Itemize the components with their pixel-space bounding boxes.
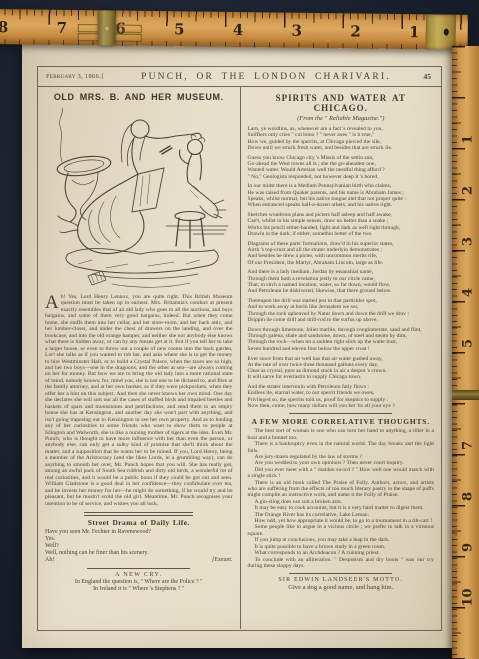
left-article-body: Ah! Yes, Lord Henry Lennox, you are quit… <box>45 294 233 507</box>
top-num: 3 <box>289 13 348 49</box>
brass-end-cap <box>426 14 456 49</box>
correlative-thoughts-list: The best sort of woman is one who can tu… <box>248 428 435 569</box>
side-num: 8 <box>461 489 476 505</box>
landseer-motto-title: SIR EDWIN LANDSEER'S MOTTO. <box>248 577 435 583</box>
top-num: 4 <box>231 12 290 48</box>
dialogue-line: Well, nothing can be finer than his scen… <box>45 550 233 557</box>
stanza: Guess you know Chicago city 's Missis of… <box>248 155 435 180</box>
stanza: Diagrams of these parts' formations, dra… <box>248 241 435 266</box>
ruler-maker-text: BOXWOOD <box>454 514 458 536</box>
dialogue-last-line: Ah! <box>45 557 54 564</box>
two-column-layout: OLD MRS. B. AND HER MUSEUM. <box>38 87 441 629</box>
publication-title: PUNCH, OR THE LONDON CHARIVARI. <box>141 72 391 82</box>
ruler-inch-numbers: 87654321 <box>0 9 466 50</box>
section-divider <box>289 413 392 414</box>
stanza-line: It will sarve for everlastin to supply C… <box>248 374 435 380</box>
stanza: Down through limestone, Joliet marble, t… <box>248 327 435 352</box>
stanza: And there is a lady medium, Jordan by es… <box>248 269 435 294</box>
stanza: Sketches wondrous plans and picters half… <box>248 212 435 237</box>
left-column: OLD MRS. B. AND HER MUSEUM. <box>38 87 240 629</box>
street-drama-dialogue: Have you seen Mr. Fechter in Ravenswood?… <box>45 529 233 557</box>
side-num: 5 <box>461 336 476 352</box>
section-divider <box>84 512 193 516</box>
new-cry-title: A NEW CRY. <box>45 572 233 578</box>
stanza: And the strater intervenin with Petroleu… <box>248 384 435 409</box>
landseer-motto-line: Give a dog a good name, and hang him. <box>248 584 435 591</box>
issue-date: February 3, 1866.] <box>38 73 141 80</box>
top-num: 8 <box>0 9 55 45</box>
stanza-line: Now then, come, how many dollars will yo… <box>248 403 435 409</box>
thought: Some people like to argue in a vicious c… <box>248 524 435 537</box>
side-num: 3 <box>461 234 476 250</box>
side-ruler: 12345678910 BOXWOOD WARRANTED <box>452 46 479 659</box>
stanza-line: And Petroleum be diskivered, likewise, t… <box>248 288 435 294</box>
thought: It may be easy to cook accounts, but it … <box>248 505 435 511</box>
thought: Did you ever meet with a " maiden sword … <box>248 467 435 480</box>
drop-cap: A <box>45 294 61 310</box>
side-num: 9 <box>461 540 476 556</box>
left-article-title: OLD MRS. B. AND HER MUSEUM. <box>45 92 233 102</box>
left-article-text: h! Yes, Lord Henry Lennox, you are quite… <box>45 294 233 507</box>
stanza-line: Down until we struck fresh water, and be… <box>248 145 435 151</box>
mermaid-illustration <box>48 104 230 292</box>
page-header: February 3, 1866.] PUNCH, OR THE LONDON … <box>38 67 441 87</box>
right-column: SPIRITS AND WATER AT CHICAGO. (From the … <box>240 87 442 629</box>
top-num: 2 <box>348 13 407 49</box>
new-cry-lines: In England the question is, " Where are … <box>45 579 233 593</box>
dialogue-line: Yes. <box>45 536 233 543</box>
top-num: 5 <box>172 11 231 47</box>
photograph-of-magazine-page: February 3, 1866.] PUNCH, OR THE LONDON … <box>0 0 479 659</box>
brass-hinge-pin <box>104 25 110 31</box>
chicago-poem: Larn, ye wordlins, as, whenever are a fa… <box>248 126 435 409</box>
thought: To conclude with an alliteration. " Desp… <box>248 557 435 570</box>
side-ruler-brass-joint <box>452 390 479 400</box>
stanza-line: Drippin ile come drill and drill-rod to … <box>248 317 435 323</box>
thought: There is a bankruptcy even in the natura… <box>248 441 435 454</box>
street-drama-title: Street Drama of Daily Life. <box>45 518 233 527</box>
correlative-thoughts-title: A FEW MORE CORRELATIVE THOUGHTS. <box>248 417 435 426</box>
stanza-line: Drawin in the dark, if either, somethin … <box>248 231 435 237</box>
stanza: In our midst there is a Medium Pennsylva… <box>248 183 435 208</box>
stanza-line: When entranced speaks half-a-dozen other… <box>248 202 435 208</box>
thought: The best sort of woman is one who can tu… <box>248 428 435 441</box>
stanza: Ever since from that air well has that a… <box>248 356 435 381</box>
section-divider <box>87 568 190 569</box>
dialogue-line: Well? <box>45 543 233 550</box>
side-num: 2 <box>461 183 476 199</box>
side-num: 7 <box>461 438 476 454</box>
side-num: 10 <box>461 591 476 607</box>
dialogue-line: Have you seen Mr. Fechter in Ravenswood? <box>45 529 233 536</box>
stanza: Larn, ye wordlins, as, whenever are a fa… <box>248 126 435 151</box>
thought: There is an old book called The Praise o… <box>248 480 435 499</box>
stanza: Thereupon the drill was started jest in … <box>248 298 435 323</box>
stanza-line: Seven hundred and eleven foot below the … <box>248 346 435 352</box>
side-num: 1 <box>461 132 476 148</box>
section-divider <box>289 573 392 574</box>
magazine-page: February 3, 1866.] PUNCH, OR THE LONDON … <box>22 36 453 648</box>
dialogue-last-row: Ah! [Exeunt. <box>45 557 233 564</box>
stanza-line: " No," Geologists responded, not however… <box>248 174 435 180</box>
side-num: 4 <box>461 285 476 301</box>
page-number: 45 <box>391 72 441 81</box>
ruler-maker-text: WARRANTED <box>454 568 458 594</box>
end-cap-hole <box>444 29 449 36</box>
cry-line: In England the question is, " Where are … <box>45 579 233 586</box>
top-folding-ruler: 87654321 <box>0 9 468 50</box>
right-article-subtitle: (From the " Reliable Magazine.") <box>248 115 435 122</box>
stanza-line: Of our President, the Martyr, Abraham Li… <box>248 260 435 266</box>
right-article-title: SPIRITS AND WATER AT CHICAGO. <box>248 93 435 113</box>
printed-page-border: February 3, 1866.] PUNCH, OR THE LONDON … <box>37 66 442 631</box>
cry-line: In Ireland it is " Where 's Stephens ? " <box>45 586 233 593</box>
stage-direction: [Exeunt. <box>212 557 233 564</box>
